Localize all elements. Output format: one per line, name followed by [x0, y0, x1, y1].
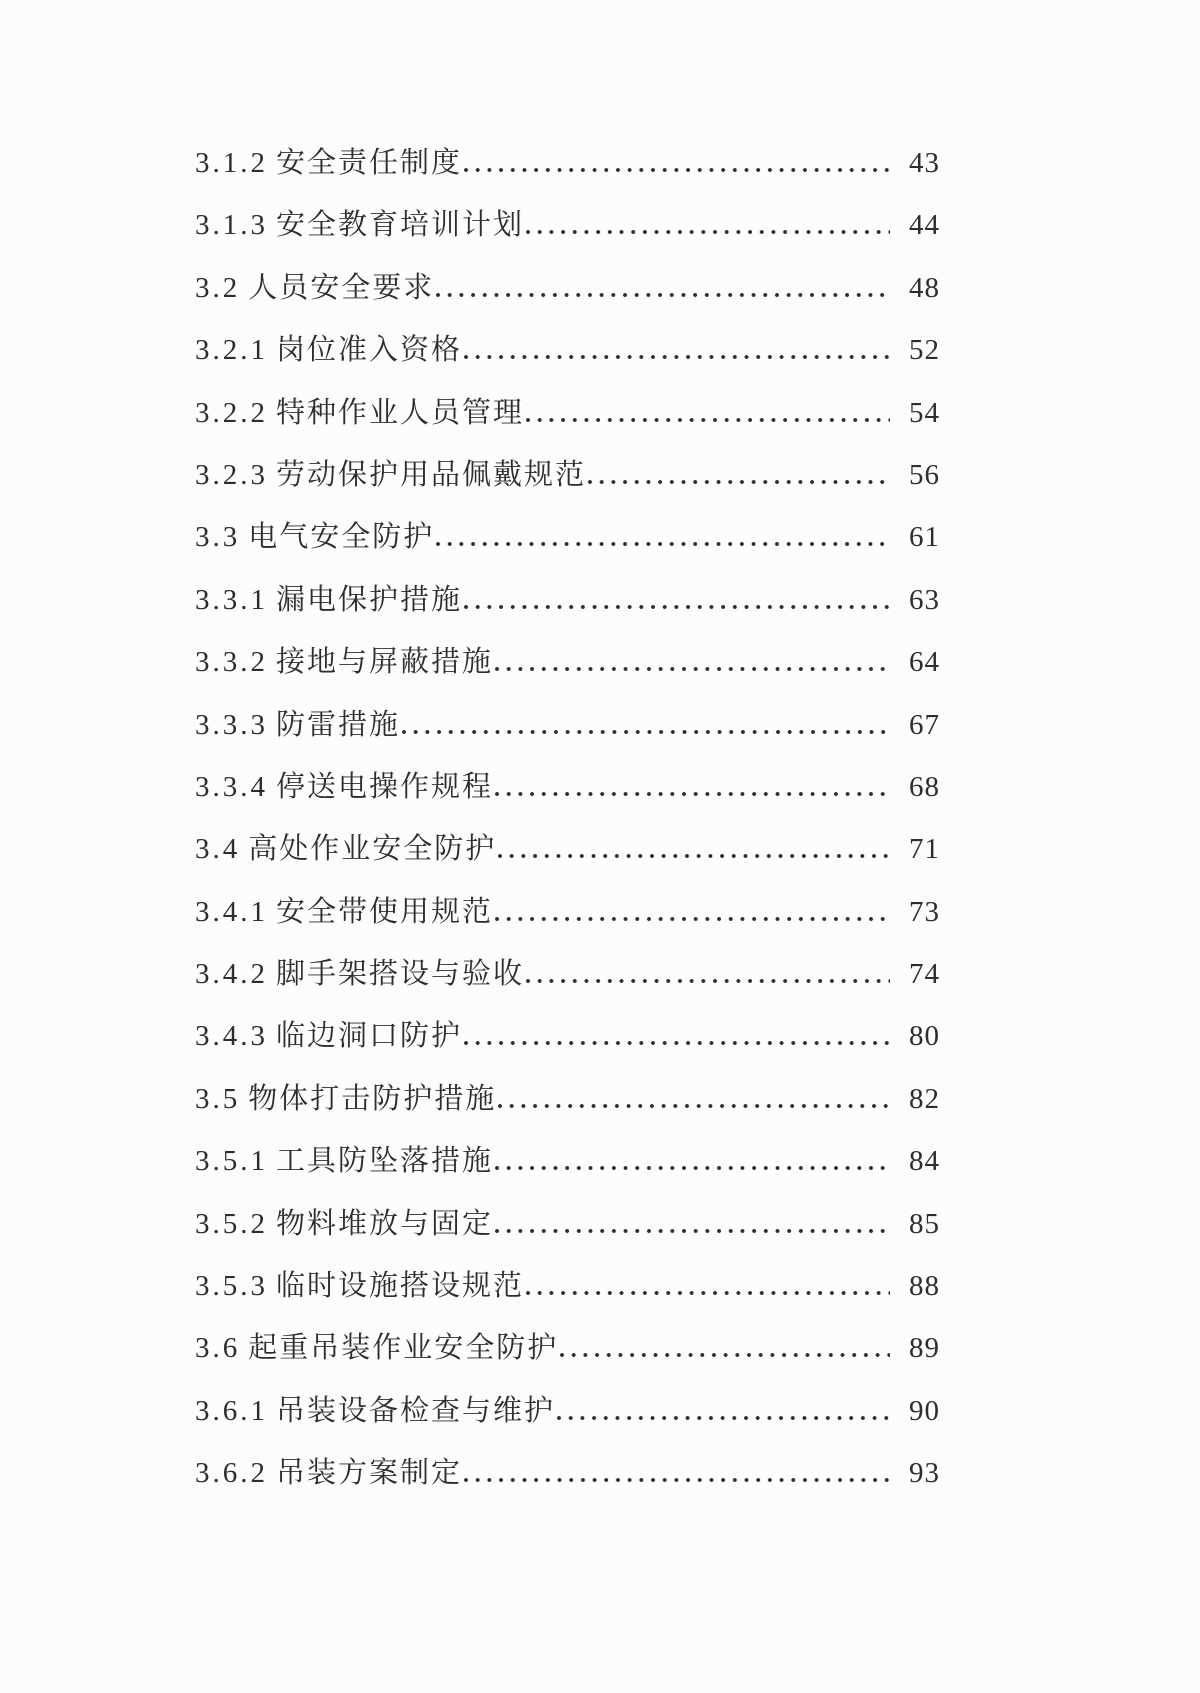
- toc-entry-page-number: 54: [904, 382, 940, 444]
- dot-leader: [464, 355, 890, 359]
- toc-entry-row: 3.4.1 安全带使用规范 73: [195, 881, 940, 943]
- toc-entry-number: 3.1.2: [195, 132, 268, 194]
- table-of-contents: 3.1.2 安全责任制度 43 3.1.3 安全教育培训计划 44 3.2 人员…: [195, 132, 940, 1505]
- toc-entry-page-number: 44: [904, 194, 940, 256]
- toc-entry-number: 3.3.1: [195, 569, 268, 631]
- toc-entry-row: 3.1.3 安全教育培训计划 44: [195, 194, 940, 256]
- toc-entry-page-number: 88: [904, 1255, 940, 1317]
- toc-entry-number: 3.2.2: [195, 382, 268, 444]
- toc-entry-title: 安全带使用规范: [276, 881, 493, 943]
- toc-entry-number: 3.4.3: [195, 1005, 268, 1067]
- toc-entry-title: 临边洞口防护: [276, 1005, 462, 1067]
- toc-entry-number: 3.4.1: [195, 881, 268, 943]
- toc-entry-row: 3.3.1 漏电保护措施 63: [195, 569, 940, 631]
- toc-entry-page-number: 48: [904, 257, 940, 319]
- toc-entry-row: 3.3.3 防雷措施 67: [195, 694, 940, 756]
- toc-entry-title: 漏电保护措施: [276, 569, 462, 631]
- toc-entry-page-number: 74: [904, 943, 940, 1005]
- toc-entry-page-number: 73: [904, 881, 940, 943]
- toc-entry-number: 3.6.1: [195, 1380, 268, 1442]
- toc-entry-title: 吊装设备检查与维护: [276, 1380, 555, 1442]
- toc-entry-title: 吊装方案制定: [276, 1442, 462, 1504]
- toc-entry-page-number: 68: [904, 756, 940, 818]
- toc-entry-number: 3.2.3: [195, 444, 268, 506]
- dot-leader: [436, 542, 890, 546]
- document-page: 3.1.2 安全责任制度 43 3.1.3 安全教育培训计划 44 3.2 人员…: [0, 0, 1200, 1693]
- toc-entry-row: 3.3.4 停送电操作规程 68: [195, 756, 940, 818]
- toc-entry-page-number: 85: [904, 1193, 940, 1255]
- toc-entry-number: 3.6: [195, 1317, 240, 1379]
- toc-entry-number: 3.5: [195, 1068, 240, 1130]
- dot-leader: [495, 1166, 890, 1170]
- dot-leader: [436, 293, 890, 297]
- toc-entry-title: 岗位准入资格: [276, 319, 462, 381]
- toc-entry-title: 物料堆放与固定: [276, 1193, 493, 1255]
- toc-entry-page-number: 43: [904, 132, 940, 194]
- toc-entry-row: 3.3.2 接地与屏蔽措施 64: [195, 631, 940, 693]
- dot-leader: [498, 1104, 890, 1108]
- toc-entry-row: 3.4 高处作业安全防护 71: [195, 818, 940, 880]
- toc-entry-number: 3.3.4: [195, 756, 268, 818]
- dot-leader: [402, 730, 890, 734]
- toc-entry-page-number: 82: [904, 1068, 940, 1130]
- toc-entry-page-number: 90: [904, 1380, 940, 1442]
- toc-entry-title: 接地与屏蔽措施: [276, 631, 493, 693]
- toc-entry-title: 起重吊装作业安全防护: [248, 1317, 558, 1379]
- toc-entry-page-number: 89: [904, 1317, 940, 1379]
- toc-entry-title: 电气安全防护: [248, 506, 434, 568]
- toc-entry-row: 3.4.3 临边洞口防护 80: [195, 1005, 940, 1067]
- toc-entry-page-number: 63: [904, 569, 940, 631]
- toc-entry-number: 3.6.2: [195, 1442, 268, 1504]
- toc-entry-row: 3.5.3 临时设施搭设规范 88: [195, 1255, 940, 1317]
- toc-entry-number: 3.5.2: [195, 1193, 268, 1255]
- toc-entry-row: 3.2 人员安全要求 48: [195, 257, 940, 319]
- toc-entry-title: 劳动保护用品佩戴规范: [276, 444, 586, 506]
- toc-entry-page-number: 67: [904, 694, 940, 756]
- toc-entry-number: 3.2.1: [195, 319, 268, 381]
- dot-leader: [560, 1353, 890, 1357]
- toc-entry-row: 3.5 物体打击防护措施 82: [195, 1068, 940, 1130]
- toc-entry-row: 3.4.2 脚手架搭设与验收 74: [195, 943, 940, 1005]
- toc-entry-page-number: 71: [904, 818, 940, 880]
- toc-entry-title: 工具防坠落措施: [276, 1130, 493, 1192]
- toc-entry-row: 3.3 电气安全防护 61: [195, 506, 940, 568]
- toc-entry-page-number: 64: [904, 631, 940, 693]
- toc-entry-row: 3.5.2 物料堆放与固定 85: [195, 1193, 940, 1255]
- toc-entry-row: 3.2.3 劳动保护用品佩戴规范 56: [195, 444, 940, 506]
- dot-leader: [498, 854, 890, 858]
- toc-entry-number: 3.3.3: [195, 694, 268, 756]
- toc-entry-row: 3.1.2 安全责任制度 43: [195, 132, 940, 194]
- dot-leader: [495, 917, 890, 921]
- toc-entry-number: 3.4: [195, 818, 240, 880]
- toc-entry-page-number: 52: [904, 319, 940, 381]
- toc-entry-row: 3.5.1 工具防坠落措施 84: [195, 1130, 940, 1192]
- toc-entry-page-number: 80: [904, 1005, 940, 1067]
- toc-entry-number: 3.2: [195, 257, 240, 319]
- toc-entry-row: 3.6.2 吊装方案制定 93: [195, 1442, 940, 1504]
- toc-entry-row: 3.6 起重吊装作业安全防护 89: [195, 1317, 940, 1379]
- toc-entry-number: 3.5.1: [195, 1130, 268, 1192]
- dot-leader: [464, 1478, 890, 1482]
- toc-entry-title: 高处作业安全防护: [248, 818, 496, 880]
- dot-leader: [464, 1041, 890, 1045]
- toc-entry-page-number: 56: [904, 444, 940, 506]
- toc-entry-row: 3.2.2 特种作业人员管理 54: [195, 382, 940, 444]
- dot-leader: [464, 168, 890, 172]
- toc-entry-number: 3.5.3: [195, 1255, 268, 1317]
- toc-entry-title: 临时设施搭设规范: [276, 1255, 524, 1317]
- toc-entry-title: 特种作业人员管理: [276, 382, 524, 444]
- toc-entry-title: 停送电操作规程: [276, 756, 493, 818]
- toc-entry-row: 3.2.1 岗位准入资格 52: [195, 319, 940, 381]
- dot-leader: [495, 667, 890, 671]
- toc-entry-page-number: 84: [904, 1130, 940, 1192]
- dot-leader: [557, 1416, 890, 1420]
- toc-entry-title: 安全责任制度: [276, 132, 462, 194]
- dot-leader: [495, 1229, 890, 1233]
- dot-leader: [526, 1291, 890, 1295]
- toc-entry-number: 3.3.2: [195, 631, 268, 693]
- toc-entry-number: 3.1.3: [195, 194, 268, 256]
- toc-entry-title: 人员安全要求: [248, 257, 434, 319]
- toc-entry-title: 防雷措施: [276, 694, 400, 756]
- toc-entry-title: 物体打击防护措施: [248, 1068, 496, 1130]
- toc-entry-page-number: 93: [904, 1442, 940, 1504]
- toc-entry-row: 3.6.1 吊装设备检查与维护 90: [195, 1380, 940, 1442]
- dot-leader: [588, 480, 890, 484]
- dot-leader: [464, 605, 890, 609]
- dot-leader: [526, 418, 890, 422]
- dot-leader: [526, 230, 890, 234]
- dot-leader: [526, 979, 890, 983]
- dot-leader: [495, 792, 890, 796]
- toc-entry-page-number: 61: [904, 506, 940, 568]
- toc-entry-number: 3.3: [195, 506, 240, 568]
- toc-entry-title: 安全教育培训计划: [276, 194, 524, 256]
- toc-entry-number: 3.4.2: [195, 943, 268, 1005]
- toc-entry-title: 脚手架搭设与验收: [276, 943, 524, 1005]
